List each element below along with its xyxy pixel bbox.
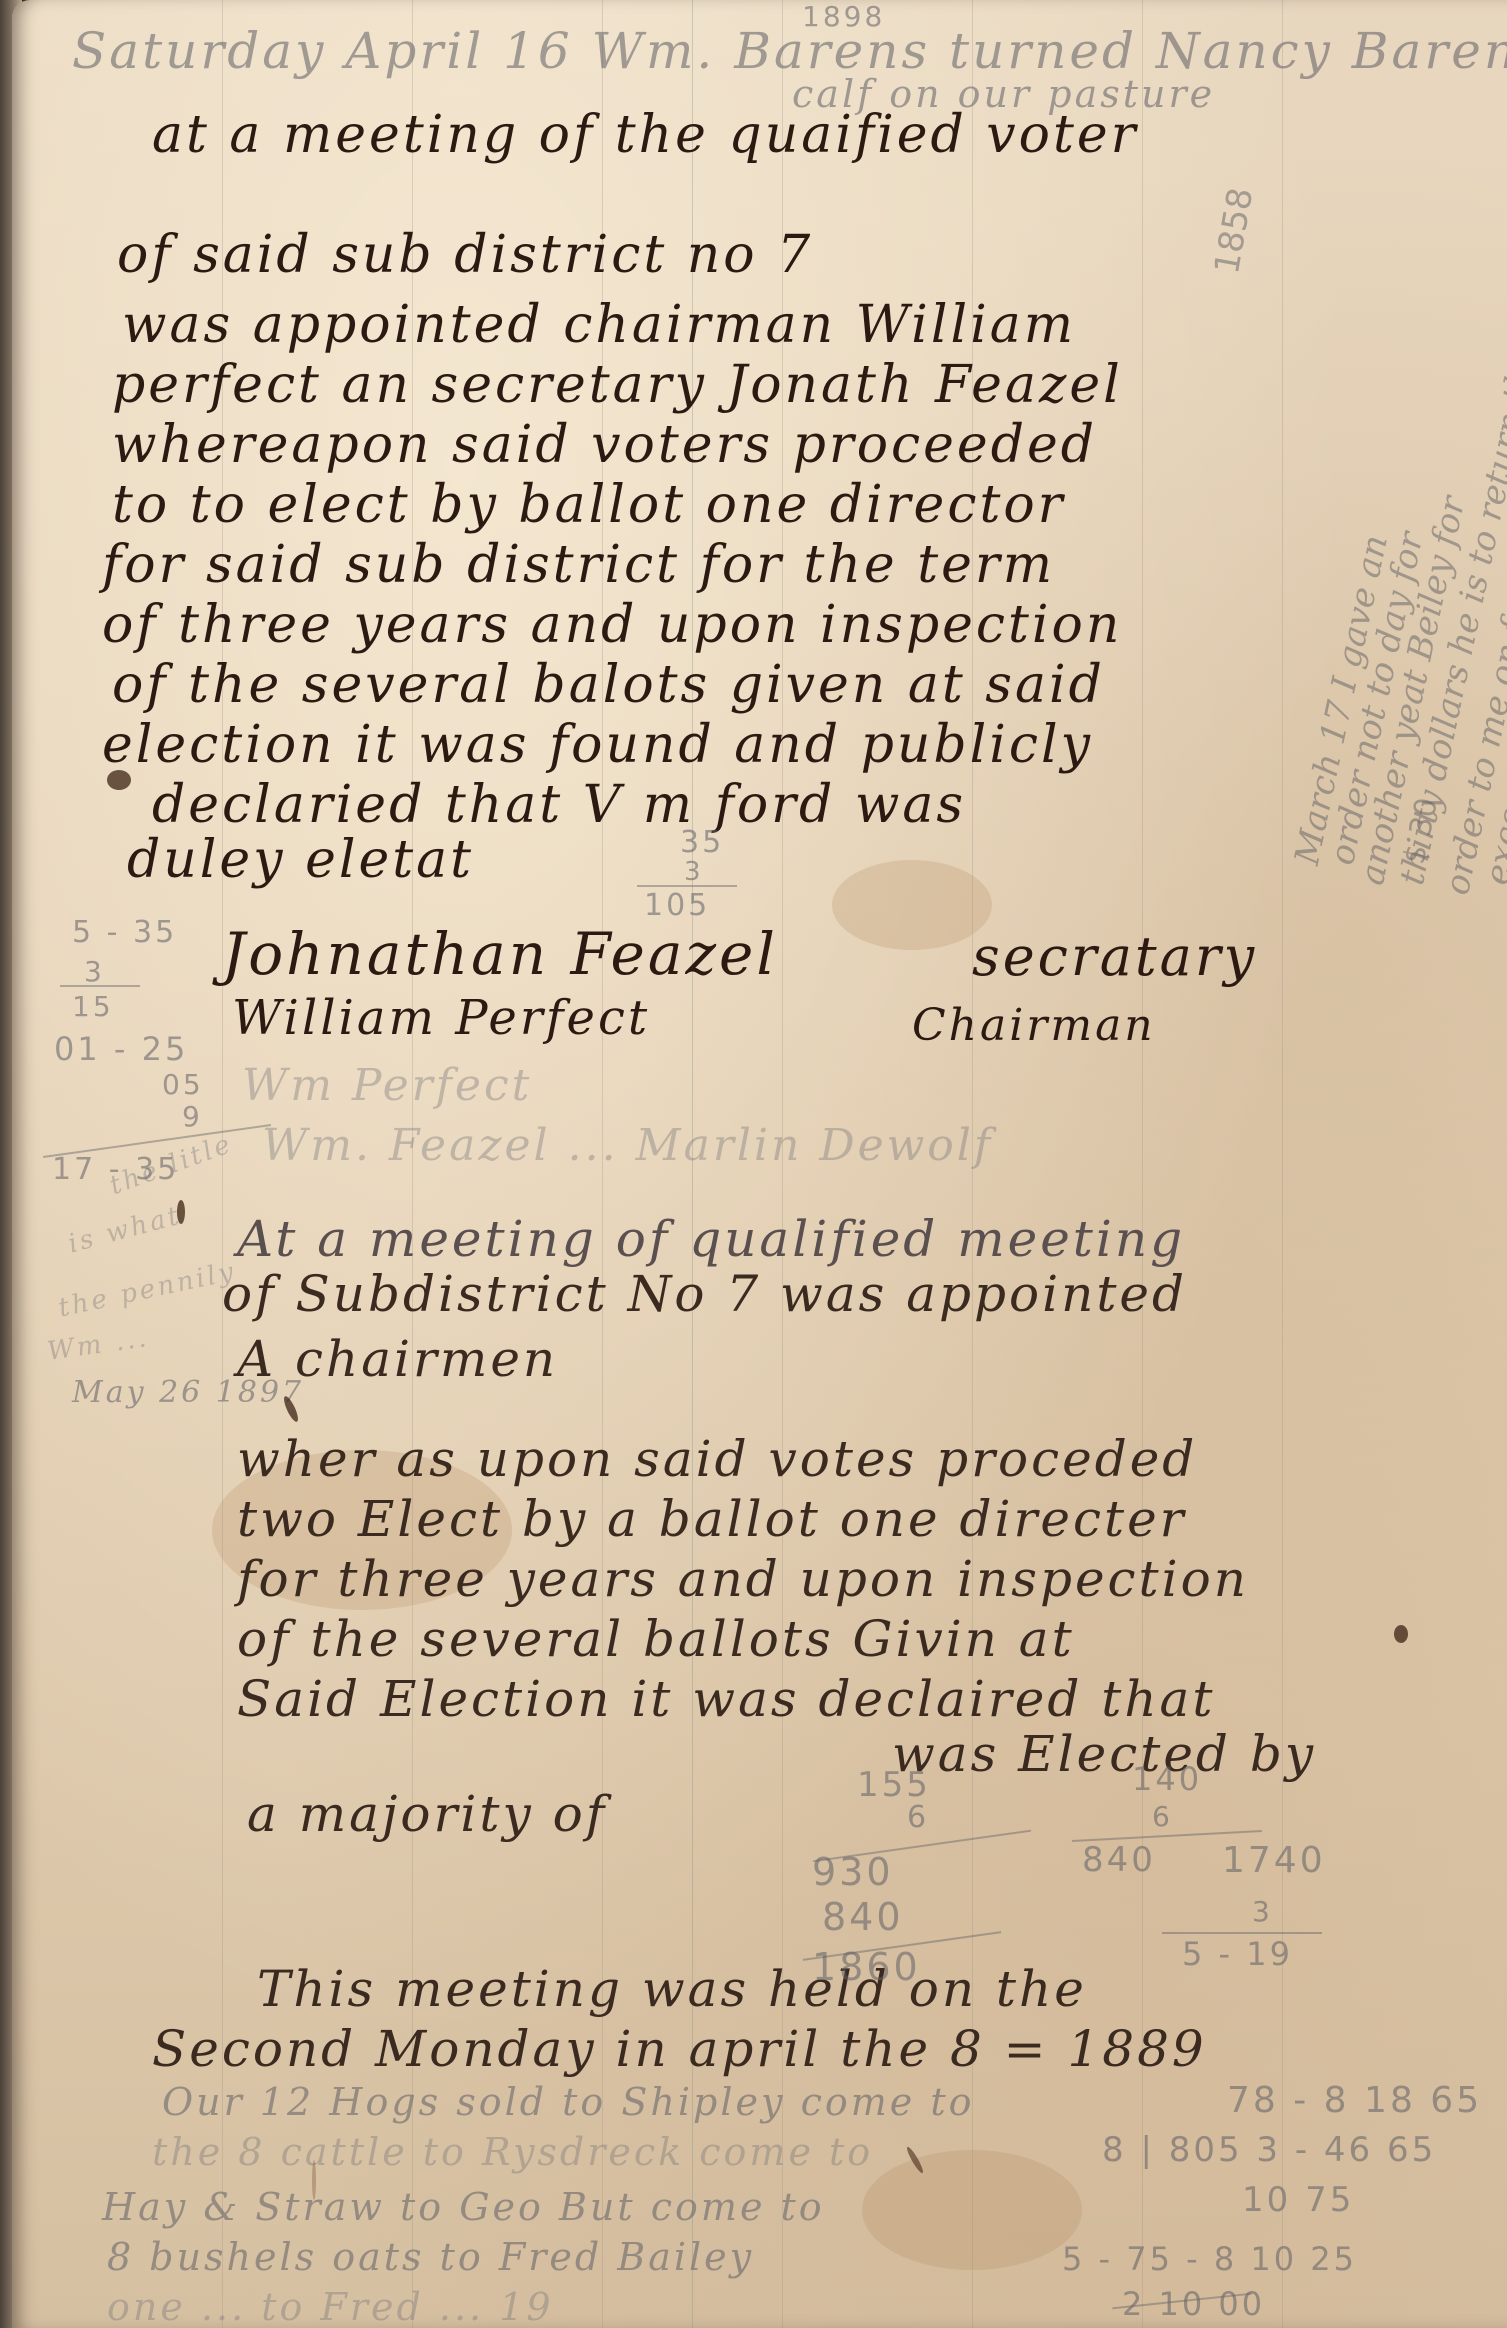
- minutes-line: of the several balots given at said: [112, 655, 1105, 715]
- margin-calc: 5 - 35: [72, 915, 177, 950]
- calc-number: 1740: [1222, 1840, 1326, 1881]
- margin-word: is what: [65, 1201, 185, 1260]
- minutes-line: at a meeting of the quaified voter: [152, 105, 1139, 165]
- calc-number: 140: [1132, 1760, 1202, 1798]
- minutes-line: Second Monday in april the 8 = 1889: [152, 2020, 1207, 2078]
- calc-number: 5 - 19: [1182, 1935, 1293, 1973]
- minutes-line: a majority of: [247, 1785, 607, 1843]
- account-desc: 8 bushels oats to Fred Bailey: [107, 2235, 754, 2279]
- minutes-line: of the several ballots Givin at: [237, 1610, 1075, 1668]
- calc-number: 930: [812, 1850, 894, 1894]
- account-desc: the 8 cattle to Rysdreck come to: [152, 2130, 873, 2174]
- ink-blot: [1394, 1625, 1408, 1643]
- calc-underline: [60, 985, 140, 987]
- pencil-signature: Wm Perfect: [242, 1060, 532, 1111]
- chairman-signature: William Perfect: [232, 990, 650, 1046]
- account-amount: 78 - 8 18 65: [1227, 2080, 1482, 2121]
- account-desc: one ... to Fred ... 19: [107, 2285, 554, 2328]
- margin-word: Wm ...: [45, 1323, 151, 1367]
- margin-calc: 9: [182, 1100, 203, 1133]
- margin-calc: 3: [684, 857, 704, 887]
- calc-number: 3: [1252, 1895, 1273, 1928]
- minutes-line: perfect an secretary Jonath Feazel: [112, 355, 1123, 415]
- account-amount: 10 75: [1242, 2180, 1354, 2220]
- minutes-line: election it was found and publicly: [102, 715, 1093, 775]
- calc-underline: [1162, 1932, 1322, 1934]
- minutes-line: This meeting was held on the: [257, 1960, 1087, 2018]
- minutes-line: whereapon said voters proceeded: [112, 415, 1097, 475]
- calc-number: 6: [907, 1800, 929, 1835]
- minutes-line: duley eletat: [127, 830, 474, 890]
- ruled-line: [1142, 0, 1143, 2328]
- header-pencil-note: Saturday April 16 Wm. Barens turned Nanc…: [72, 22, 1507, 80]
- calc-underline: [637, 885, 737, 887]
- minutes-line: for three years and upon inspection: [237, 1550, 1249, 1608]
- minutes-line: A chairmen: [237, 1330, 558, 1388]
- account-desc: Hay & Straw to Geo But come to: [102, 2185, 825, 2229]
- calc-number: 155: [857, 1765, 931, 1805]
- paper-stain: [862, 2150, 1082, 2270]
- minutes-line: Said Election it was declaired that: [237, 1670, 1215, 1728]
- header-year-note: 1898: [802, 0, 885, 33]
- minutes-line: wher as upon said votes proceded: [237, 1430, 1197, 1488]
- margin-calc: 01 - 25: [54, 1030, 188, 1068]
- ruled-line: [1282, 0, 1283, 2328]
- minutes-line: for said sub district for the term: [102, 535, 1055, 595]
- minutes-line: was Elected by: [892, 1725, 1316, 1783]
- minutes-line: At a meeting of qualified meeting: [237, 1210, 1185, 1268]
- calc-number: 840: [1082, 1840, 1156, 1880]
- secretary-title: secratary: [972, 925, 1257, 988]
- calc-number: 840: [822, 1895, 904, 1939]
- calc-number: 1860: [812, 1945, 921, 1989]
- margin-calc: 15: [72, 990, 114, 1023]
- minutes-line: two Elect by a ballot one directer: [237, 1490, 1187, 1548]
- ink-mark: [177, 1200, 185, 1224]
- paper-stain: [832, 860, 992, 950]
- minutes-line: of said sub district no 7: [117, 225, 813, 285]
- margin-word: the pennily: [56, 1257, 239, 1324]
- margin-calc: 3: [84, 955, 105, 988]
- minutes-line: of Subdistrict No 7 was appointed: [222, 1265, 1187, 1323]
- minutes-line: was appointed chairman William: [122, 295, 1076, 355]
- margin-calc: 35: [680, 825, 724, 860]
- ledger-page: Saturday April 16 Wm. Barens turned Nanc…: [12, 0, 1507, 2328]
- account-amount: 5 - 75 - 8 10 25: [1062, 2240, 1357, 2278]
- account-desc: Our 12 Hogs sold to Shipley come to: [162, 2080, 974, 2124]
- margin-calc: 105: [644, 888, 710, 923]
- margin-year: 1858: [1207, 185, 1261, 277]
- pencil-signature: Wm. Feazel ... Marlin Dewolf: [262, 1120, 993, 1171]
- minutes-line: declaried that V m ford was: [152, 775, 966, 835]
- secretary-signature: Johnathan Feazel: [222, 920, 778, 988]
- minutes-line: of three years and upon inspection: [102, 595, 1122, 655]
- calc-number: 6: [1152, 1800, 1173, 1833]
- ink-mark: [312, 2160, 316, 2200]
- margin-calc: 05: [162, 1068, 204, 1101]
- ink-blot: [107, 770, 131, 790]
- minutes-line: to to elect by ballot one director: [112, 475, 1066, 535]
- chairman-title: Chairman: [912, 1000, 1156, 1051]
- account-amount: 8 | 805 3 - 46 65: [1102, 2130, 1436, 2170]
